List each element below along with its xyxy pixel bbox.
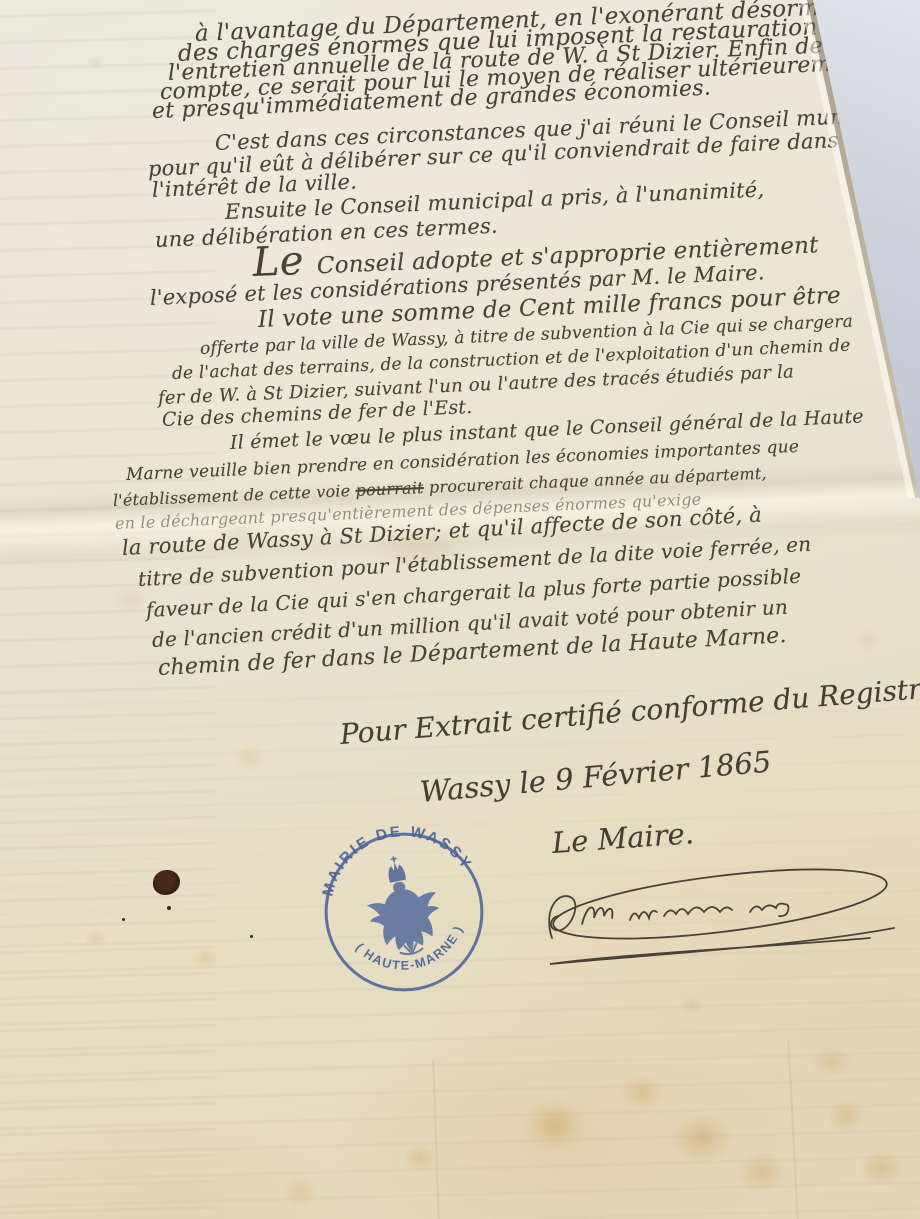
ink-speck: [250, 935, 253, 938]
page-edge-zone: [800, 0, 920, 500]
ink-speck: [122, 918, 125, 921]
struck-word: pourrait: [355, 478, 424, 500]
crown-icon: [385, 855, 406, 883]
ink-speck: [167, 906, 171, 910]
document-photo: à l'avantage du Département, en l'exonér…: [0, 0, 920, 1219]
signature-underline-flourish: [550, 928, 894, 964]
signature-flourish-oval: [550, 856, 890, 953]
mairie-stamp: MAIRIE DE WASSY ( HAUTE-MARNE ): [303, 811, 505, 1013]
mayor-signature: [538, 842, 920, 974]
imperial-eagle-icon: [363, 875, 446, 960]
